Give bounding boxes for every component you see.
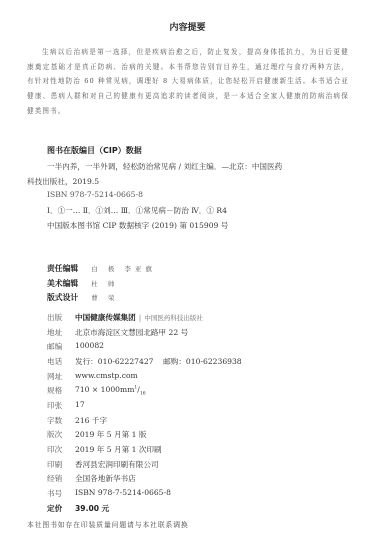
publisher-name: 中国医药科技出版社 xyxy=(144,314,203,322)
pub-value: 710 × 1000mm1/16 xyxy=(75,385,146,397)
price-value: 39.00 元 xyxy=(75,503,109,514)
pub-label: 邮编 xyxy=(47,341,62,352)
pub-value: ISBN 978-7-5214-0665-8 xyxy=(75,488,171,497)
pub-label: 字数 xyxy=(47,415,62,426)
format-size: 710 × 1000mm xyxy=(75,385,134,394)
pub-label: 规格 xyxy=(47,385,62,396)
content-summary-paragraph: 生病以后治病是第一选择，但是疾病治愈之后，防止复发，提高身体抵抗力，为日后更健康… xyxy=(27,45,349,119)
cip-isbn: ISBN 978-7-5214-0665-8 xyxy=(47,190,143,199)
pub-label: 印刷 xyxy=(47,459,62,470)
publisher-group: 中国健康传媒集团 xyxy=(75,313,136,322)
editor-value: 曹 荣 xyxy=(91,294,118,302)
cip-classification: Ⅰ．①一… Ⅱ．①刘… Ⅲ．①常见病－防治 Ⅳ．① R4 xyxy=(47,205,227,216)
pub-label: 出版 xyxy=(47,312,62,323)
cip-line-1: 一半内养，一半外调，轻松防治常见病 / 刘红主编．—北京：中国医药 xyxy=(47,161,282,172)
pub-label: 网址 xyxy=(47,371,62,382)
cip-record: 中国版本图书馆 CIP 数据核字 (2019) 第 015909 号 xyxy=(47,220,228,231)
price-label: 定价 xyxy=(47,503,62,514)
pub-value: 2019 年 5 月第 1 次印刷 xyxy=(75,444,162,455)
editor-row-layout: 版式设计 曹 荣 xyxy=(47,285,118,304)
pub-value: 100082 xyxy=(75,341,104,350)
pub-value: 香河县宏润印刷有限公司 xyxy=(75,459,159,470)
publisher-separator: | xyxy=(139,313,142,322)
pub-label: 书号 xyxy=(47,488,62,499)
cip-heading: 图书在版编目（CIP）数据 xyxy=(47,145,142,156)
pub-value: 发行：010-62227427 邮购：010-62236938 xyxy=(75,356,242,367)
pub-value: 216 千字 xyxy=(75,415,107,426)
cip-line-2: 科技出版社，2019.5 xyxy=(27,176,99,187)
pub-label: 印张 xyxy=(47,400,62,411)
pub-value: 北京市海淀区文慧园北路甲 22 号 xyxy=(75,327,188,338)
pub-label: 印次 xyxy=(47,444,62,455)
format-sub: 16 xyxy=(140,392,146,397)
pub-value: 17 xyxy=(75,400,85,409)
pub-value: 2019 年 5 月第 1 版 xyxy=(75,429,146,440)
pub-value: 中国健康传媒集团|中国医药科技出版社 xyxy=(75,312,203,323)
pub-value-website: www.cmstp.com xyxy=(75,371,138,380)
content-summary-title: 内容提要 xyxy=(0,20,375,33)
quality-notice: 本社图书如存在印装质量问题请与本社联系调换 xyxy=(27,519,189,529)
pub-label: 经销 xyxy=(47,473,62,484)
pub-label: 地址 xyxy=(47,327,62,338)
editor-label: 版式设计 xyxy=(47,293,78,302)
pub-label: 版次 xyxy=(47,429,62,440)
pub-label: 电话 xyxy=(47,356,62,367)
pub-value: 全国各地新华书店 xyxy=(75,473,136,484)
